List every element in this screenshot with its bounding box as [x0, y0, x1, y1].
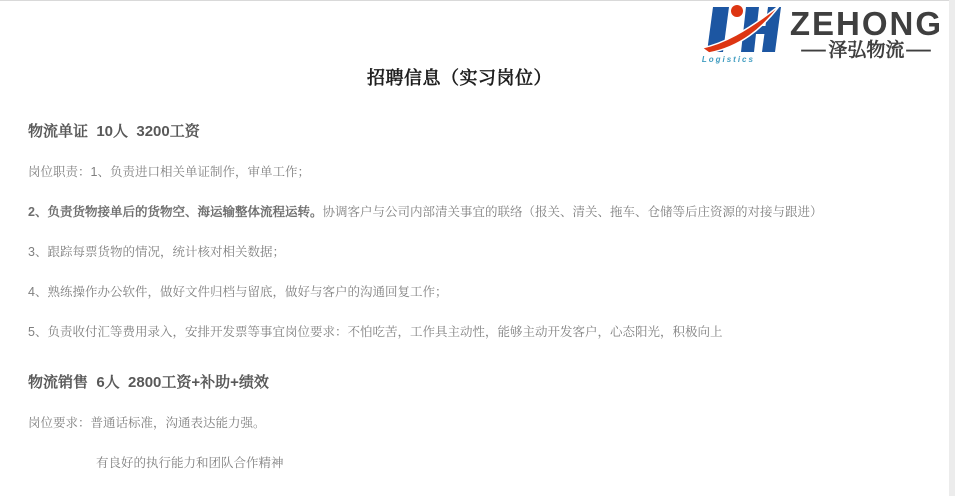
paragraph-2-regular-segment: 协调客户与公司内部清关事宜的联络（报关、清关、拖车、仓储等后庄资源的对接与跟进）: [322, 205, 822, 219]
brand-name-chinese: — 泽弘物流 —: [804, 40, 928, 62]
section-2-paragraph-2: 有良好的执行能力和团队合作精神: [28, 455, 927, 472]
logo-mark-icon: Logistics: [700, 2, 786, 64]
section-2-heading: 物流销售 6人 2800工资+补助+绩效: [28, 371, 927, 392]
dash-left: —: [802, 40, 827, 62]
document-body: 招聘信息（实习岗位） 物流单证 10人 3200工资 岗位职责：1、负责进口相关…: [0, 64, 955, 472]
section-1-paragraph-5: 5、负责收付汇等费用录入，安排开发票等事宜岗位要求：不怕吃苦，工作具主动性，能够…: [28, 324, 927, 341]
logistics-label: Logistics: [702, 55, 755, 64]
section-1-paragraph-4: 4、熟练操作办公软件，做好文件归档与留底，做好与客户的沟通回复工作；: [28, 284, 927, 301]
brand-cn-text: 泽弘物流: [828, 40, 904, 62]
company-logo: Logistics ZEHONG — 泽弘物流 —: [700, 2, 943, 64]
dash-right: —: [907, 40, 932, 62]
section-1-paragraph-2: 2、负责货物接单后的货物空、海运输整体流程运转。协调客户与公司内部清关事宜的联络…: [28, 204, 927, 221]
paragraph-2-bold-segment: 2、负责货物接单后的货物空、海运输整体流程运转。: [28, 205, 322, 219]
page-right-edge: [949, 0, 955, 496]
section-2-paragraph-1: 岗位要求：普通话标准，沟通表达能力强。: [28, 415, 927, 432]
section-1-paragraph-1: 岗位职责：1、负责进口相关单证制作，审单工作；: [28, 164, 927, 181]
brand-name: ZEHONG: [790, 8, 943, 40]
section-1-heading: 物流单证 10人 3200工资: [28, 120, 927, 141]
logo-text: ZEHONG — 泽弘物流 —: [790, 2, 943, 62]
section-1-paragraph-3: 3、跟踪每票货物的情况，统计核对相关数据；: [28, 244, 927, 261]
page-title: 招聘信息（实习岗位）: [28, 64, 927, 90]
page-top-border: [0, 0, 955, 1]
